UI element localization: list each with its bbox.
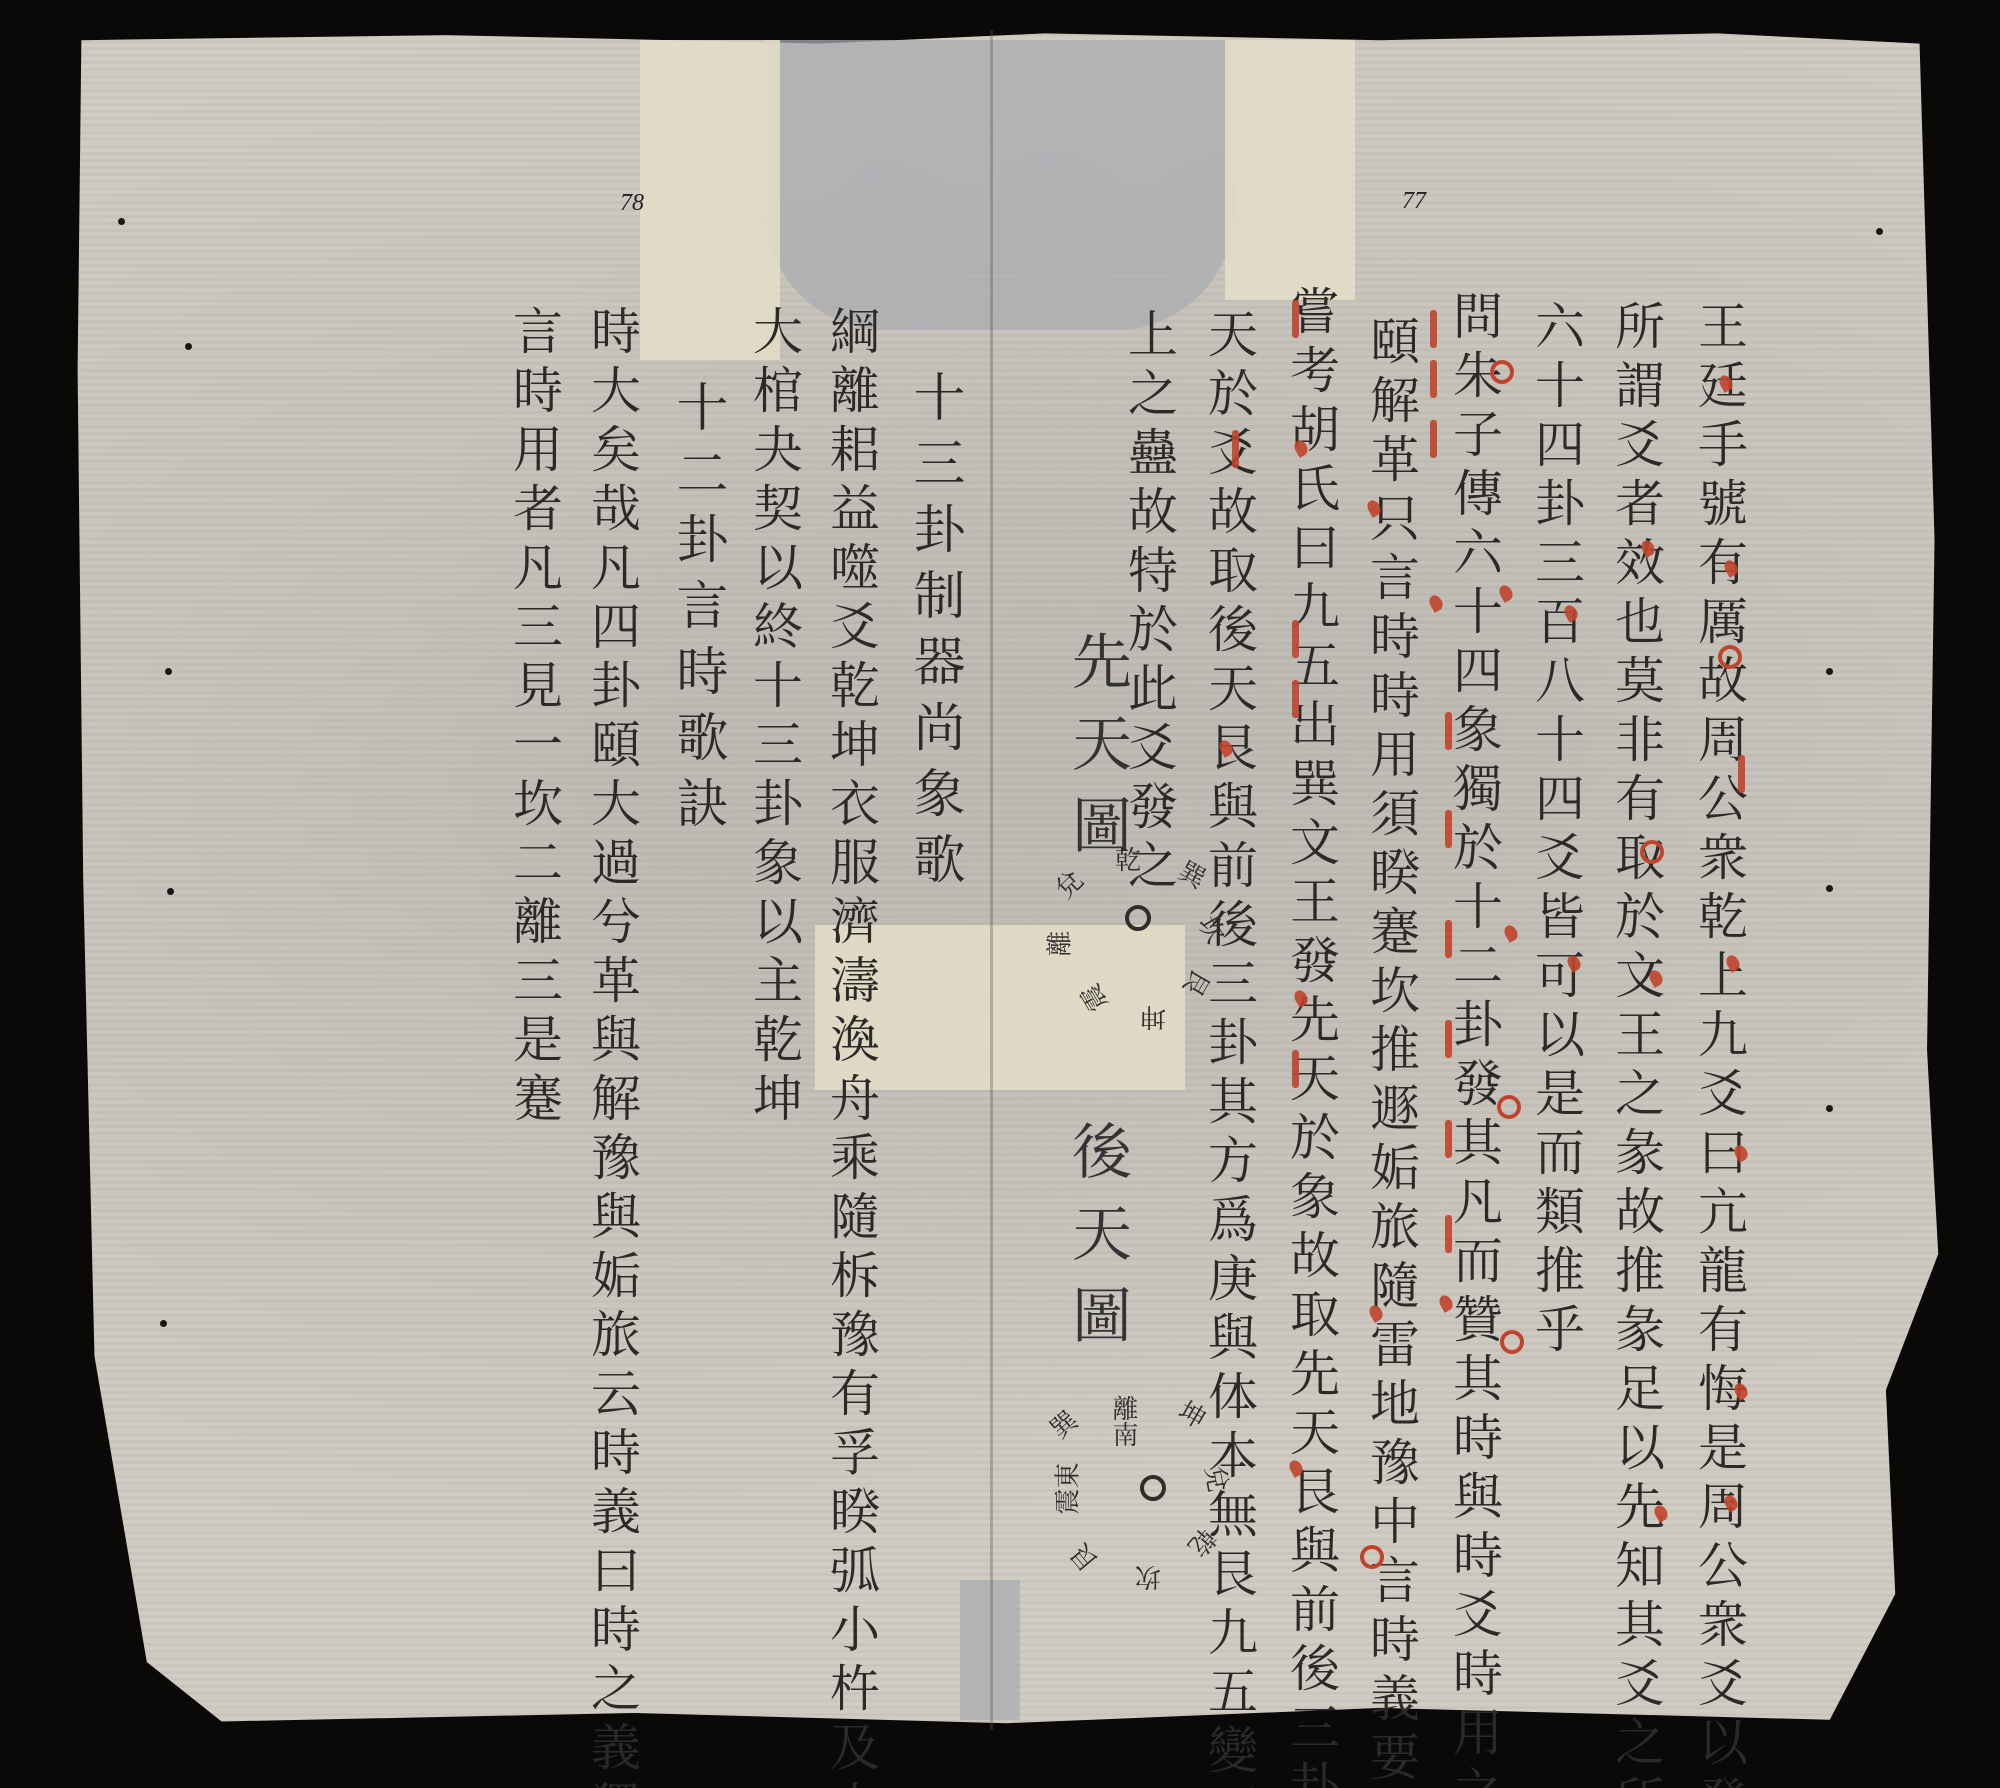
- trigram-label: 震: [1070, 978, 1115, 1019]
- trigram-label: 艮: [1060, 1537, 1105, 1581]
- trigram-label: 坤: [1140, 1000, 1166, 1037]
- text-column-left-1: 綱離耜益噬爻乾坤衣服濟濤渙舟乘隨柝豫有孚睽弧小杵及夫壯宮: [822, 305, 880, 1625]
- folio-number-left: 78: [620, 190, 644, 217]
- trigram-label: 巽: [1041, 1401, 1085, 1446]
- trigram-label: 離: [1040, 930, 1077, 956]
- vermilion-underline-mark: [1292, 1050, 1299, 1088]
- binding-hole: [1826, 1105, 1833, 1112]
- vermilion-underline-mark: [1292, 620, 1299, 658]
- grey-repair-tab-top: [765, 40, 1235, 330]
- binding-hole: [160, 1320, 167, 1327]
- binding-hole: [1826, 668, 1833, 675]
- trigram-label: 震東: [1048, 1462, 1085, 1514]
- center-fold: [990, 30, 993, 1730]
- vermilion-underline-mark: [1232, 430, 1239, 468]
- trigram-label: 離南: [1105, 1395, 1142, 1447]
- trigram-label: 乾: [1115, 840, 1141, 877]
- binding-hole: [185, 343, 192, 350]
- vermilion-underline-mark: [1445, 920, 1452, 958]
- vermilion-circle-mark: [1497, 1095, 1521, 1119]
- vermilion-underline-mark: [1445, 712, 1452, 750]
- binding-hole: [165, 668, 172, 675]
- vermilion-underline-mark: [1430, 420, 1437, 458]
- vermilion-underline-mark: [1430, 360, 1437, 398]
- center-circle-icon: [1125, 905, 1151, 931]
- text-column-left-3: 時大矣哉凡四卦頤大過兮革與解豫與姤旅云時義曰時之義獨隨與: [583, 305, 641, 1625]
- vermilion-underline-mark: [1445, 1215, 1452, 1253]
- vermilion-underline-mark: [1292, 680, 1299, 718]
- trigram-label: 坎: [1135, 1560, 1161, 1597]
- vermilion-circle-mark: [1360, 1545, 1384, 1569]
- text-column-right-6: 嘗考胡氏曰九五出巽文王發先天於象故取先天艮與前後三卦其方爲甲周公發後: [1282, 285, 1340, 1605]
- heading-twelve-hexagrams-song: 十二卦言時歌訣: [668, 380, 726, 842]
- folio-number-right: 77: [1402, 188, 1426, 215]
- binding-hole: [1876, 228, 1883, 235]
- vermilion-circle-mark: [1500, 1330, 1524, 1354]
- trigram-label: 坎: [1190, 908, 1235, 949]
- trigram-label: 巽: [1172, 851, 1213, 896]
- text-column-right-2: 所謂爻者效也莫非有取於文王之彖故推彖足以先知其爻之所然引而伸之: [1607, 300, 1665, 1610]
- vermilion-underline-mark: [1292, 300, 1299, 338]
- trigram-label: 乾: [1180, 1522, 1225, 1566]
- binding-hole: [1826, 885, 1833, 892]
- binding-hole: [118, 218, 125, 225]
- vermilion-underline-mark: [1445, 1120, 1452, 1158]
- vermilion-circle-mark: [1718, 645, 1742, 669]
- vermilion-underline-mark: [1445, 1020, 1452, 1058]
- text-column-left-4: 言時用者凡三見一坎二離三是蹇: [505, 305, 563, 985]
- vermilion-circle-mark: [1640, 840, 1664, 864]
- heading-thirteen-hexagrams-song: 十三卦制器尚象歌: [905, 370, 963, 898]
- trigram-label: 兌: [1046, 861, 1091, 906]
- diagram-title-houtian: 後天圖: [1068, 1120, 1126, 1366]
- text-column-left-2: 大棺夬契以終十三卦象以主乾坤: [745, 305, 803, 1025]
- xiantian-diagram: 乾 巽 坎 艮 坤 震 離 兌: [1030, 830, 1250, 1060]
- vermilion-underline-mark: [1445, 810, 1452, 848]
- vermilion-underline-mark: [1430, 310, 1437, 348]
- text-column-right-3: 六十四卦三百八十四爻皆可以是而類推乎: [1527, 300, 1585, 1000]
- repair-patch-top-right: [1225, 40, 1355, 300]
- vermilion-circle-mark: [1490, 360, 1514, 384]
- trigram-label: 艮: [1175, 963, 1220, 1004]
- trigram-label: 坤: [1172, 1391, 1213, 1436]
- houtian-diagram: 離南 坤 兌 乾 坎 艮 震東 巽: [1040, 1390, 1270, 1610]
- binding-hole: [167, 888, 174, 895]
- center-circle-icon: [1140, 1475, 1166, 1501]
- text-column-right-4: 問朱子傳六十四象獨於十二卦發其凡而贊其時與時爻時用之大曰有詩云過: [1445, 290, 1503, 1610]
- trigram-label: 兌: [1198, 1462, 1239, 1494]
- vermilion-underline-mark: [1738, 755, 1745, 793]
